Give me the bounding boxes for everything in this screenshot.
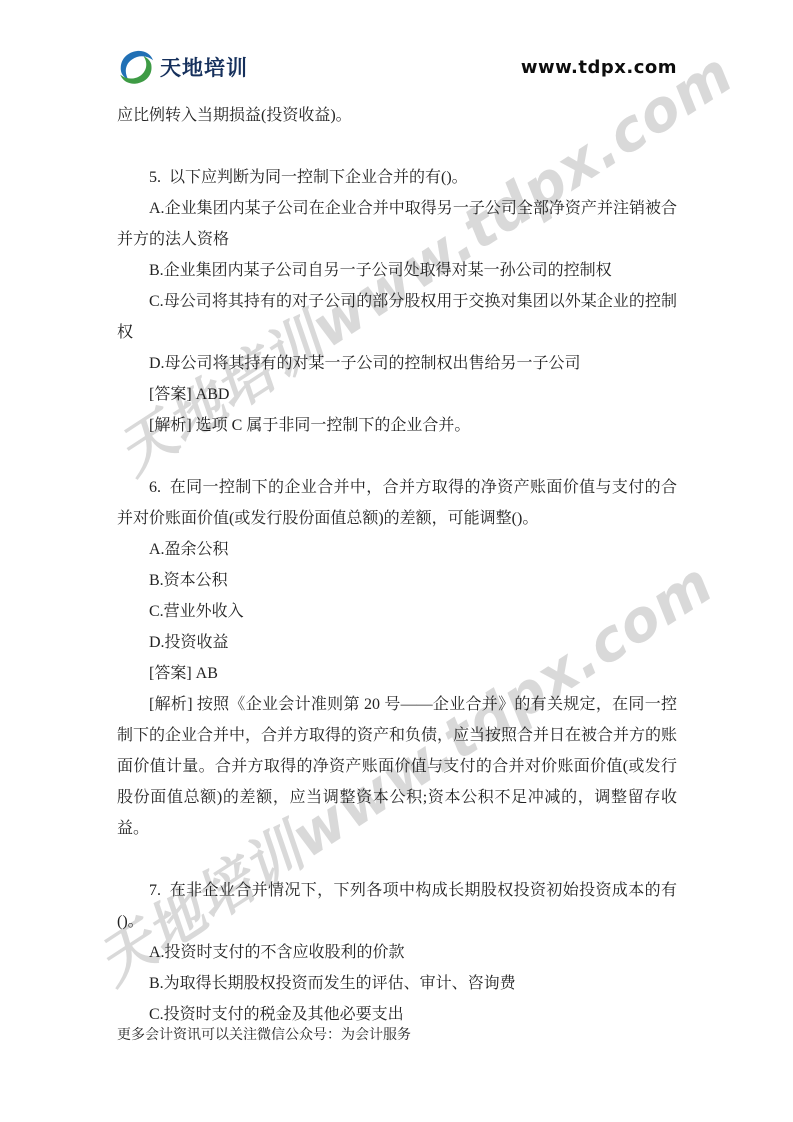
question-5: 5. 以下应判断为同一控制下企业合并的有()。 A.企业集团内某子公司在企业合并… — [117, 162, 677, 441]
question-5-option-c: C.母公司将其持有的对子公司的部分股权用于交换对集团以外某企业的控制权 — [117, 286, 677, 348]
question-7-stem: 7. 在非企业合并情况下，下列各项中构成长期股权投资初始投资成本的有()。 — [117, 875, 677, 937]
logo-text: 天地培训 — [160, 52, 248, 82]
question-6-analysis: [解析] 按照《企业会计准则第 20 号——企业合并》的有关规定，在同一控制下的… — [117, 689, 677, 844]
question-5-analysis: [解析] 选项 C 属于非同一控制下的企业合并。 — [117, 410, 677, 441]
document-body: 应比例转入当期损益(投资收益)。 5. 以下应判断为同一控制下企业合并的有()。… — [117, 100, 677, 1030]
question-5-stem: 5. 以下应判断为同一控制下企业合并的有()。 — [117, 162, 677, 193]
question-7-option-b: B.为取得长期股权投资而发生的评估、审计、咨询费 — [117, 968, 677, 999]
question-5-option-a: A.企业集团内某子公司在企业合并中取得另一子公司全部净资产并注销被合并方的法人资… — [117, 193, 677, 255]
question-7-option-a: A.投资时支付的不含应收股利的价款 — [117, 937, 677, 968]
question-6-option-c: C.营业外收入 — [117, 596, 677, 627]
question-5-answer: [答案] ABD — [117, 379, 677, 410]
question-5-option-d: D.母公司将其持有的对某一子公司的控制权出售给另一子公司 — [117, 348, 677, 379]
question-6-option-a: A.盈余公积 — [117, 534, 677, 565]
question-7: 7. 在非企业合并情况下，下列各项中构成长期股权投资初始投资成本的有()。 A.… — [117, 875, 677, 1030]
page-header: 天地培训 www.tdpx.com — [117, 44, 677, 90]
question-6: 6. 在同一控制下的企业合并中，合并方取得的净资产账面价值与支付的合并对价账面价… — [117, 472, 677, 844]
question-6-option-b: B.资本公积 — [117, 565, 677, 596]
page-footer: 更多会计资讯可以关注微信公众号：为会计服务 — [117, 1026, 411, 1046]
question-6-answer: [答案] AB — [117, 658, 677, 689]
logo-swirl-icon — [117, 47, 155, 87]
question-6-option-d: D.投资收益 — [117, 627, 677, 658]
intro-paragraph: 应比例转入当期损益(投资收益)。 — [117, 100, 677, 131]
logo: 天地培训 — [117, 47, 248, 87]
question-5-option-b: B.企业集团内某子公司自另一子公司处取得对某一孙公司的控制权 — [117, 255, 677, 286]
site-url: www.tdpx.com — [521, 57, 677, 78]
document-page: 天地培训www.tdpx.com 天地培训www.tdpx.com 天地培训 w… — [0, 0, 793, 1122]
question-6-stem: 6. 在同一控制下的企业合并中，合并方取得的净资产账面价值与支付的合并对价账面价… — [117, 472, 677, 534]
